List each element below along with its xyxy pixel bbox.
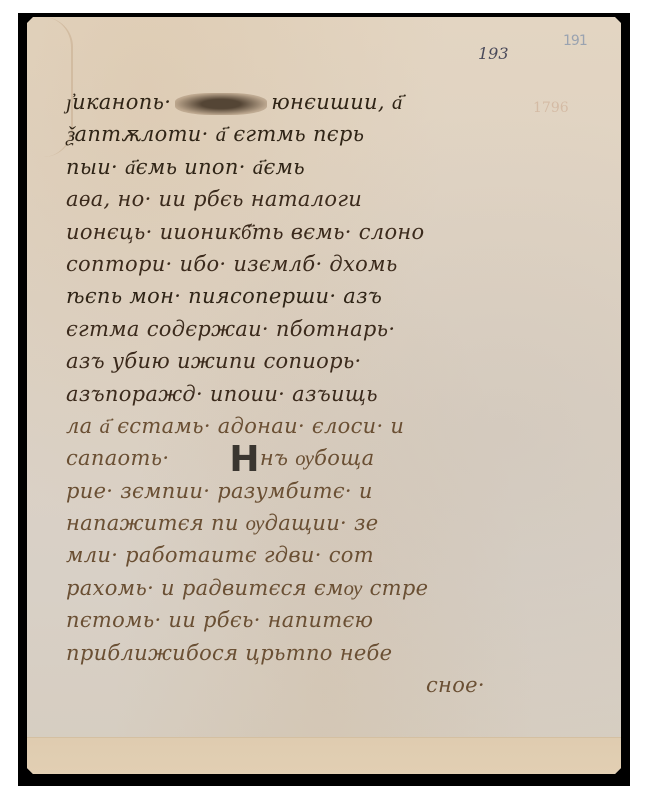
ink-blot [175,93,267,115]
text-line: азъ убию ижипи сопиорь· [66,345,536,377]
text-fragment: нъ ѹбоща [260,446,375,470]
text-line: азъпоражд· ипоии· азъищь [66,378,536,410]
text-line: соптори· ибо· изємлб· дхомь [66,248,536,280]
folio-number: 193 [478,44,509,63]
text-fragment: сапаоть· [66,446,169,470]
text-line: пєтомь· ии рбєь· напитєю [66,604,536,636]
text-line: єгтма содєржаи· пботнарь· [66,313,536,345]
text-line: пыи· а҃ємь ипоп· а҃ємь [66,151,536,183]
text-line: напажитєя пи ѹдащии· зе [66,507,536,539]
text-line: ѣєпь мон· пиясоперши· азъ [66,280,536,312]
margin-ghost-text: 1796 [533,100,569,116]
bottom-paper-band [27,737,621,774]
text-line: ȷ҆иканопь·юнєишии, а҃ [66,86,536,118]
text-line: ионєць· иионикб҃ть вємь· слоно [66,216,536,248]
text-line: мли· работаитє гдви· сот [66,539,536,571]
text-line: рие· зємпии· разумбитє· и [66,475,536,507]
text-line: ла а҃ єстамь· адонаи· єлоси· и [66,410,536,442]
text-line: ѯаптѫлоти· а҃ єгтмь пєрь [66,118,536,150]
text-line: приближибося црьтпо небе [66,637,536,669]
text-line: сапаоть·Ннъ ѹбоща [66,442,536,474]
illuminated-initial: Н [229,444,259,476]
manuscript-text: ȷ҆иканопь·юнєишии, а҃ ѯаптѫлоти· а҃ єгтм… [66,86,536,701]
text-fragment: ȷ҆иканопь· [66,90,171,114]
text-line: сное· [66,669,536,701]
text-line: рахомь· и радвитєся ємѹ стре [66,572,536,604]
stamp-mark: 191 [563,33,587,49]
text-fragment: юнєишии, а҃ [271,90,402,114]
text-line: аѳа, но· ии рбєь наталоги [66,183,536,215]
